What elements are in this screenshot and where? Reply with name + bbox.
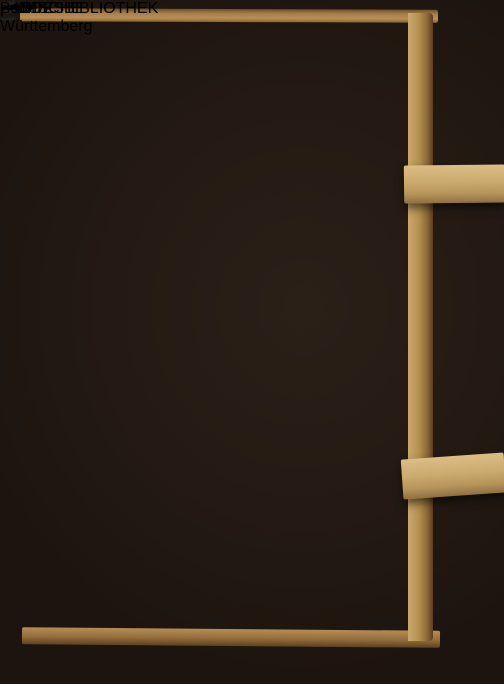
facing-page-sliver	[0, 24, 20, 642]
bookmark-strap-top	[404, 164, 504, 203]
manuscript-photo: P P p p IIII 296 BLB BADISCHE LANDESBIBL…	[0, 0, 504, 684]
bookmark-strap-bottom	[401, 452, 504, 499]
book-fore-edge	[408, 13, 433, 641]
state-name: Baden-Württemberg	[0, 0, 92, 36]
book-cover-bottom-edge	[22, 627, 440, 648]
